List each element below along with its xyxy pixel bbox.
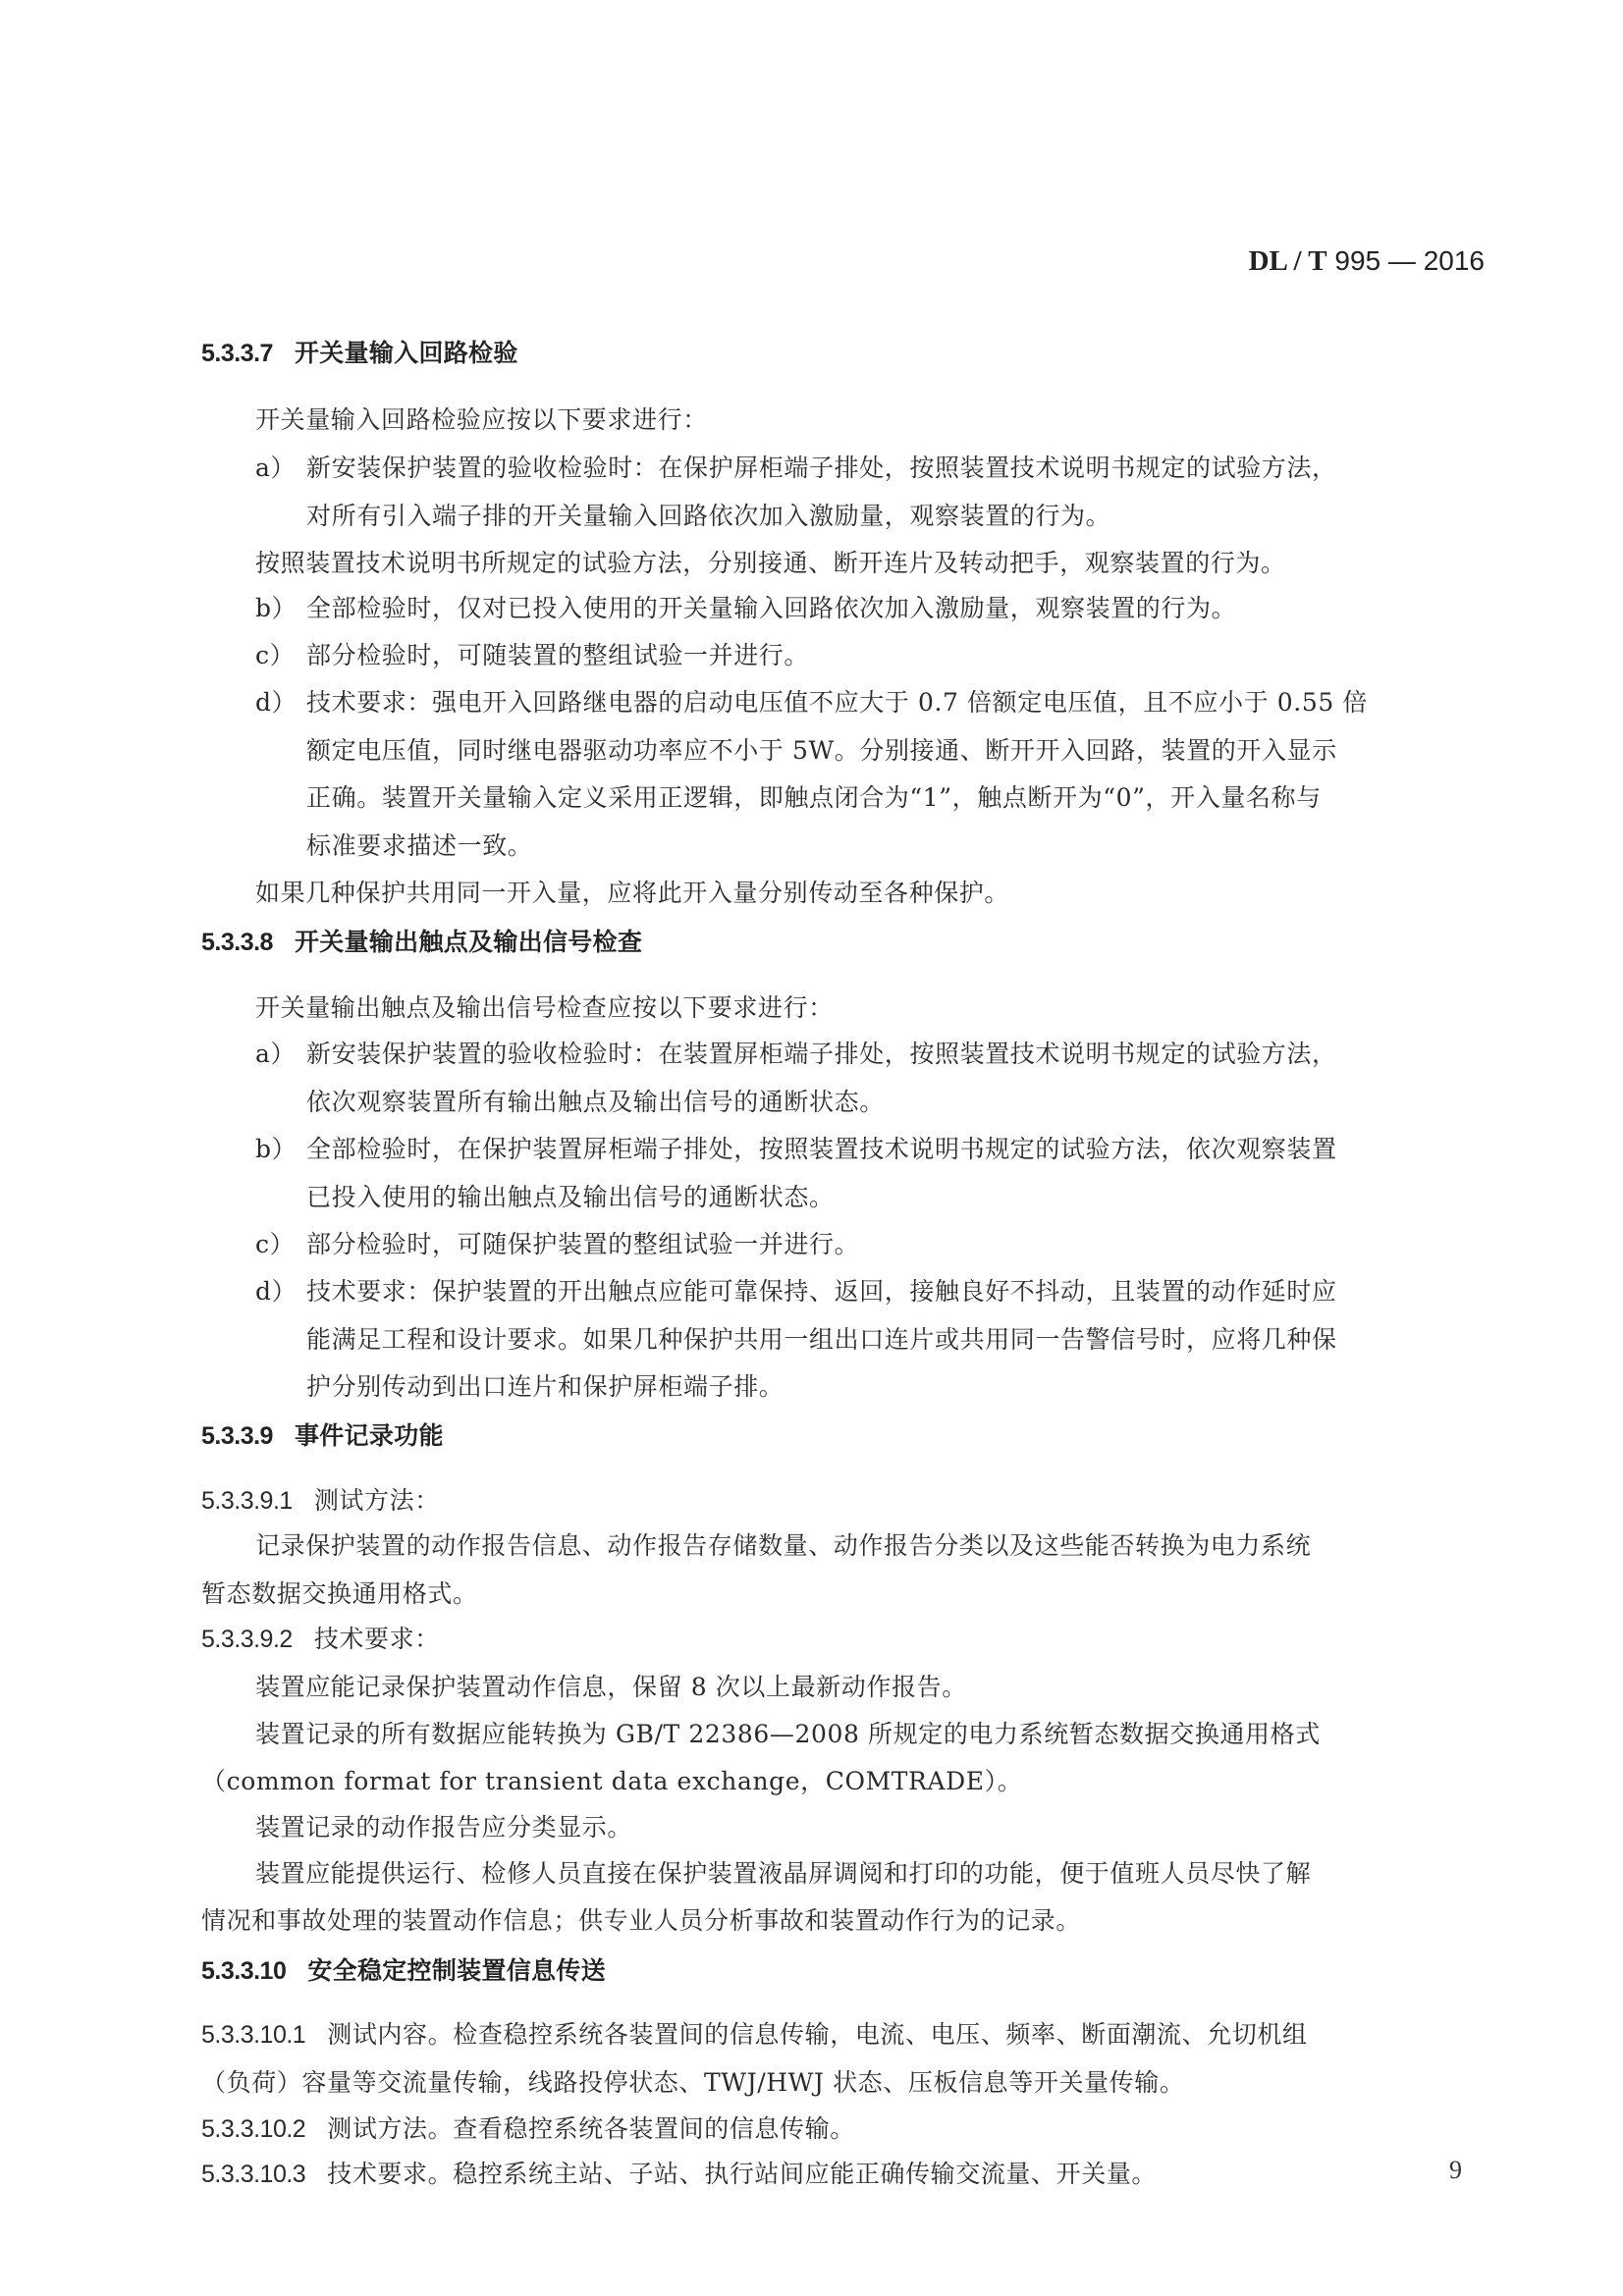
paragraph: 装置应能提供运行、检修人员直接在保护装置液晶屏调阅和打印的功能，便于值班人员尽快…: [255, 1857, 1311, 1891]
standard-code-header: DL / T 995 — 2016: [1249, 245, 1485, 278]
paragraph: 如果几种保护共用同一开入量，应将此开入量分别传动至各种保护。: [255, 877, 1009, 910]
section-heading-5-3-3-9: 5.3.3.9事件记录功能: [201, 1419, 444, 1453]
list-item-continuation: 已投入使用的输出触点及输出信号的通断状态。: [306, 1181, 835, 1214]
list-text: 部分检验时，可随装置的整组试验一并进行。: [306, 641, 809, 669]
list-label: d）: [255, 686, 306, 720]
subsection-number: 5.3.3.10.3: [201, 2158, 305, 2191]
list-label: d）: [255, 1275, 306, 1308]
list-text: 部分检验时，可随保护装置的整组试验一并进行。: [306, 1230, 859, 1258]
list-item-b: b）全部检验时，仅对已投入使用的开关量输入回路依次加入激励量，观察装置的行为。: [255, 592, 1236, 625]
section-number: 5.3.3.8: [201, 926, 273, 959]
subsection-heading-5-3-3-9-2: 5.3.3.9.2技术要求：: [201, 1623, 440, 1656]
list-item-a: a）新安装保护装置的验收检验时：在装置屏柜端子排处，按照装置技术说明书规定的试验…: [255, 1038, 1337, 1071]
section-heading-5-3-3-7: 5.3.3.7开关量输入回路检验: [201, 337, 518, 370]
section-number: 5.3.3.7: [201, 337, 273, 370]
list-label: b）: [255, 592, 306, 625]
list-item-continuation: 正确。装置开关量输入定义采用正逻辑，即触点闭合为“1”，触点断开为“0”，开入量…: [306, 781, 1322, 815]
list-label: c）: [255, 639, 306, 672]
standard-number: 995 — 2016: [1334, 245, 1485, 276]
list-item-continuation: 对所有引入端子排的开关量输入回路依次加入激励量，观察装置的行为。: [306, 500, 1110, 533]
list-text: 新安装保护装置的验收检验时：在装置屏柜端子排处，按照装置技术说明书规定的试验方法…: [306, 1040, 1337, 1068]
list-item-continuation: 标准要求描述一致。: [306, 829, 532, 863]
section-heading-5-3-3-10: 5.3.3.10安全稳定控制装置信息传送: [201, 1954, 606, 1988]
subsection-title: 技术要求：: [314, 1625, 440, 1653]
list-text: 全部检验时，仅对已投入使用的开关量输入回路依次加入激励量，观察装置的行为。: [306, 594, 1236, 622]
section-number: 5.3.3.9: [201, 1419, 273, 1453]
section-title: 事件记录功能: [295, 1421, 444, 1450]
subsection-number: 5.3.3.9.1: [201, 1484, 293, 1518]
list-item-c: c）部分检验时，可随装置的整组试验一并进行。: [255, 639, 809, 672]
subsection-title: 测试方法：: [314, 1486, 440, 1515]
paragraph: 开关量输出触点及输出信号检查应按以下要求进行：: [255, 991, 834, 1025]
list-text: 全部检验时，在保护装置屏柜端子排处，按照装置技术说明书规定的试验方法，依次观察装…: [306, 1135, 1337, 1163]
subsection-number: 5.3.3.10.2: [201, 2112, 305, 2146]
subsection-number: 5.3.3.9.2: [201, 1623, 293, 1656]
section-title: 开关量输出触点及输出信号检查: [295, 928, 642, 956]
paragraph-continuation: 情况和事故处理的装置动作信息；供专业人员分析事故和装置动作行为的记录。: [201, 1904, 1081, 1938]
subsection-text: 测试内容。检查稳控系统各装置间的信息传输，电流、电压、频率、断面潮流、允切机组: [327, 2020, 1307, 2049]
paragraph-continuation: 暂态数据交换通用格式。: [201, 1577, 478, 1611]
subsection-heading-5-3-3-9-1: 5.3.3.9.1测试方法：: [201, 1484, 440, 1518]
list-label: b）: [255, 1133, 306, 1166]
subsection-text: 测试方法。查看稳控系统各装置间的信息传输。: [327, 2114, 855, 2143]
section-number: 5.3.3.10: [201, 1954, 286, 1988]
section-title: 安全稳定控制装置信息传送: [307, 1956, 606, 1985]
paragraph: 装置应能记录保护装置动作信息，保留 8 次以上最新动作报告。: [255, 1671, 967, 1704]
list-item-continuation: 能满足工程和设计要求。如果几种保护共用一组出口连片或共用同一告警信号时，应将几种…: [306, 1323, 1337, 1357]
list-label: c）: [255, 1228, 306, 1261]
list-item-continuation: 依次观察装置所有输出触点及输出信号的通断状态。: [306, 1086, 885, 1119]
list-label: a）: [255, 1038, 306, 1071]
list-item-d: d）技术要求：强电开入回路继电器的启动电压值不应大于 0.7 倍额定电压值，且不…: [255, 686, 1368, 720]
section-title: 开关量输入回路检验: [295, 339, 518, 367]
list-text: 新安装保护装置的验收检验时：在保护屏柜端子排处，按照装置技术说明书规定的试验方法…: [306, 454, 1337, 482]
subsection-number: 5.3.3.10.1: [201, 2018, 305, 2052]
list-text: 技术要求：强电开入回路继电器的启动电压值不应大于 0.7 倍额定电压值，且不应小…: [306, 688, 1368, 717]
paragraph-continuation: （common format for transient data exchan…: [201, 1765, 1022, 1798]
paragraph: 记录保护装置的动作报告信息、动作报告存储数量、动作报告分类以及这些能否转换为电力…: [255, 1529, 1311, 1563]
list-label: a）: [255, 452, 306, 485]
list-text: 技术要求：保护装置的开出触点应能可靠保持、返回，接触良好不抖动，且装置的动作延时…: [306, 1277, 1337, 1306]
list-item-continuation: 额定电压值，同时继电器驱动功率应不小于 5W。分别接通、断开开入回路，装置的开入…: [306, 734, 1337, 768]
paragraph: 开关量输入回路检验应按以下要求进行：: [255, 403, 708, 437]
subsection-5-3-3-10-2: 5.3.3.10.2测试方法。查看稳控系统各装置间的信息传输。: [201, 2112, 855, 2146]
list-item-a: a）新安装保护装置的验收检验时：在保护屏柜端子排处，按照装置技术说明书规定的试验…: [255, 452, 1337, 485]
subsection-5-3-3-10-1: 5.3.3.10.1测试内容。检查稳控系统各装置间的信息传输，电流、电压、频率、…: [201, 2018, 1308, 2052]
page-number: 9: [1449, 2156, 1462, 2185]
standard-prefix: DL / T: [1249, 245, 1327, 277]
list-item-c: c）部分检验时，可随保护装置的整组试验一并进行。: [255, 1228, 859, 1261]
paragraph: 装置记录的动作报告应分类显示。: [255, 1811, 632, 1844]
list-item-continuation: 护分别传动到出口连片和保护屏柜端子排。: [306, 1370, 784, 1404]
section-heading-5-3-3-8: 5.3.3.8开关量输出触点及输出信号检查: [201, 926, 642, 959]
subsection-text: 技术要求。稳控系统主站、子站、执行站间应能正确传输交流量、开关量。: [327, 2160, 1157, 2188]
paragraph: 按照装置技术说明书所规定的试验方法，分别接通、断开连片及转动把手，观察装置的行为…: [255, 547, 1286, 580]
paragraph-continuation: （负荷）容量等交流量传输，线路投停状态、TWJ/HWJ 状态、压板信息等开关量传…: [201, 2066, 1185, 2100]
subsection-5-3-3-10-3: 5.3.3.10.3技术要求。稳控系统主站、子站、执行站间应能正确传输交流量、开…: [201, 2158, 1157, 2191]
list-item-b: b）全部检验时，在保护装置屏柜端子排处，按照装置技术说明书规定的试验方法，依次观…: [255, 1133, 1337, 1166]
paragraph: 装置记录的所有数据应能转换为 GB/T 22386—2008 所规定的电力系统暂…: [255, 1718, 1321, 1751]
list-item-d: d）技术要求：保护装置的开出触点应能可靠保持、返回，接触良好不抖动，且装置的动作…: [255, 1275, 1337, 1308]
